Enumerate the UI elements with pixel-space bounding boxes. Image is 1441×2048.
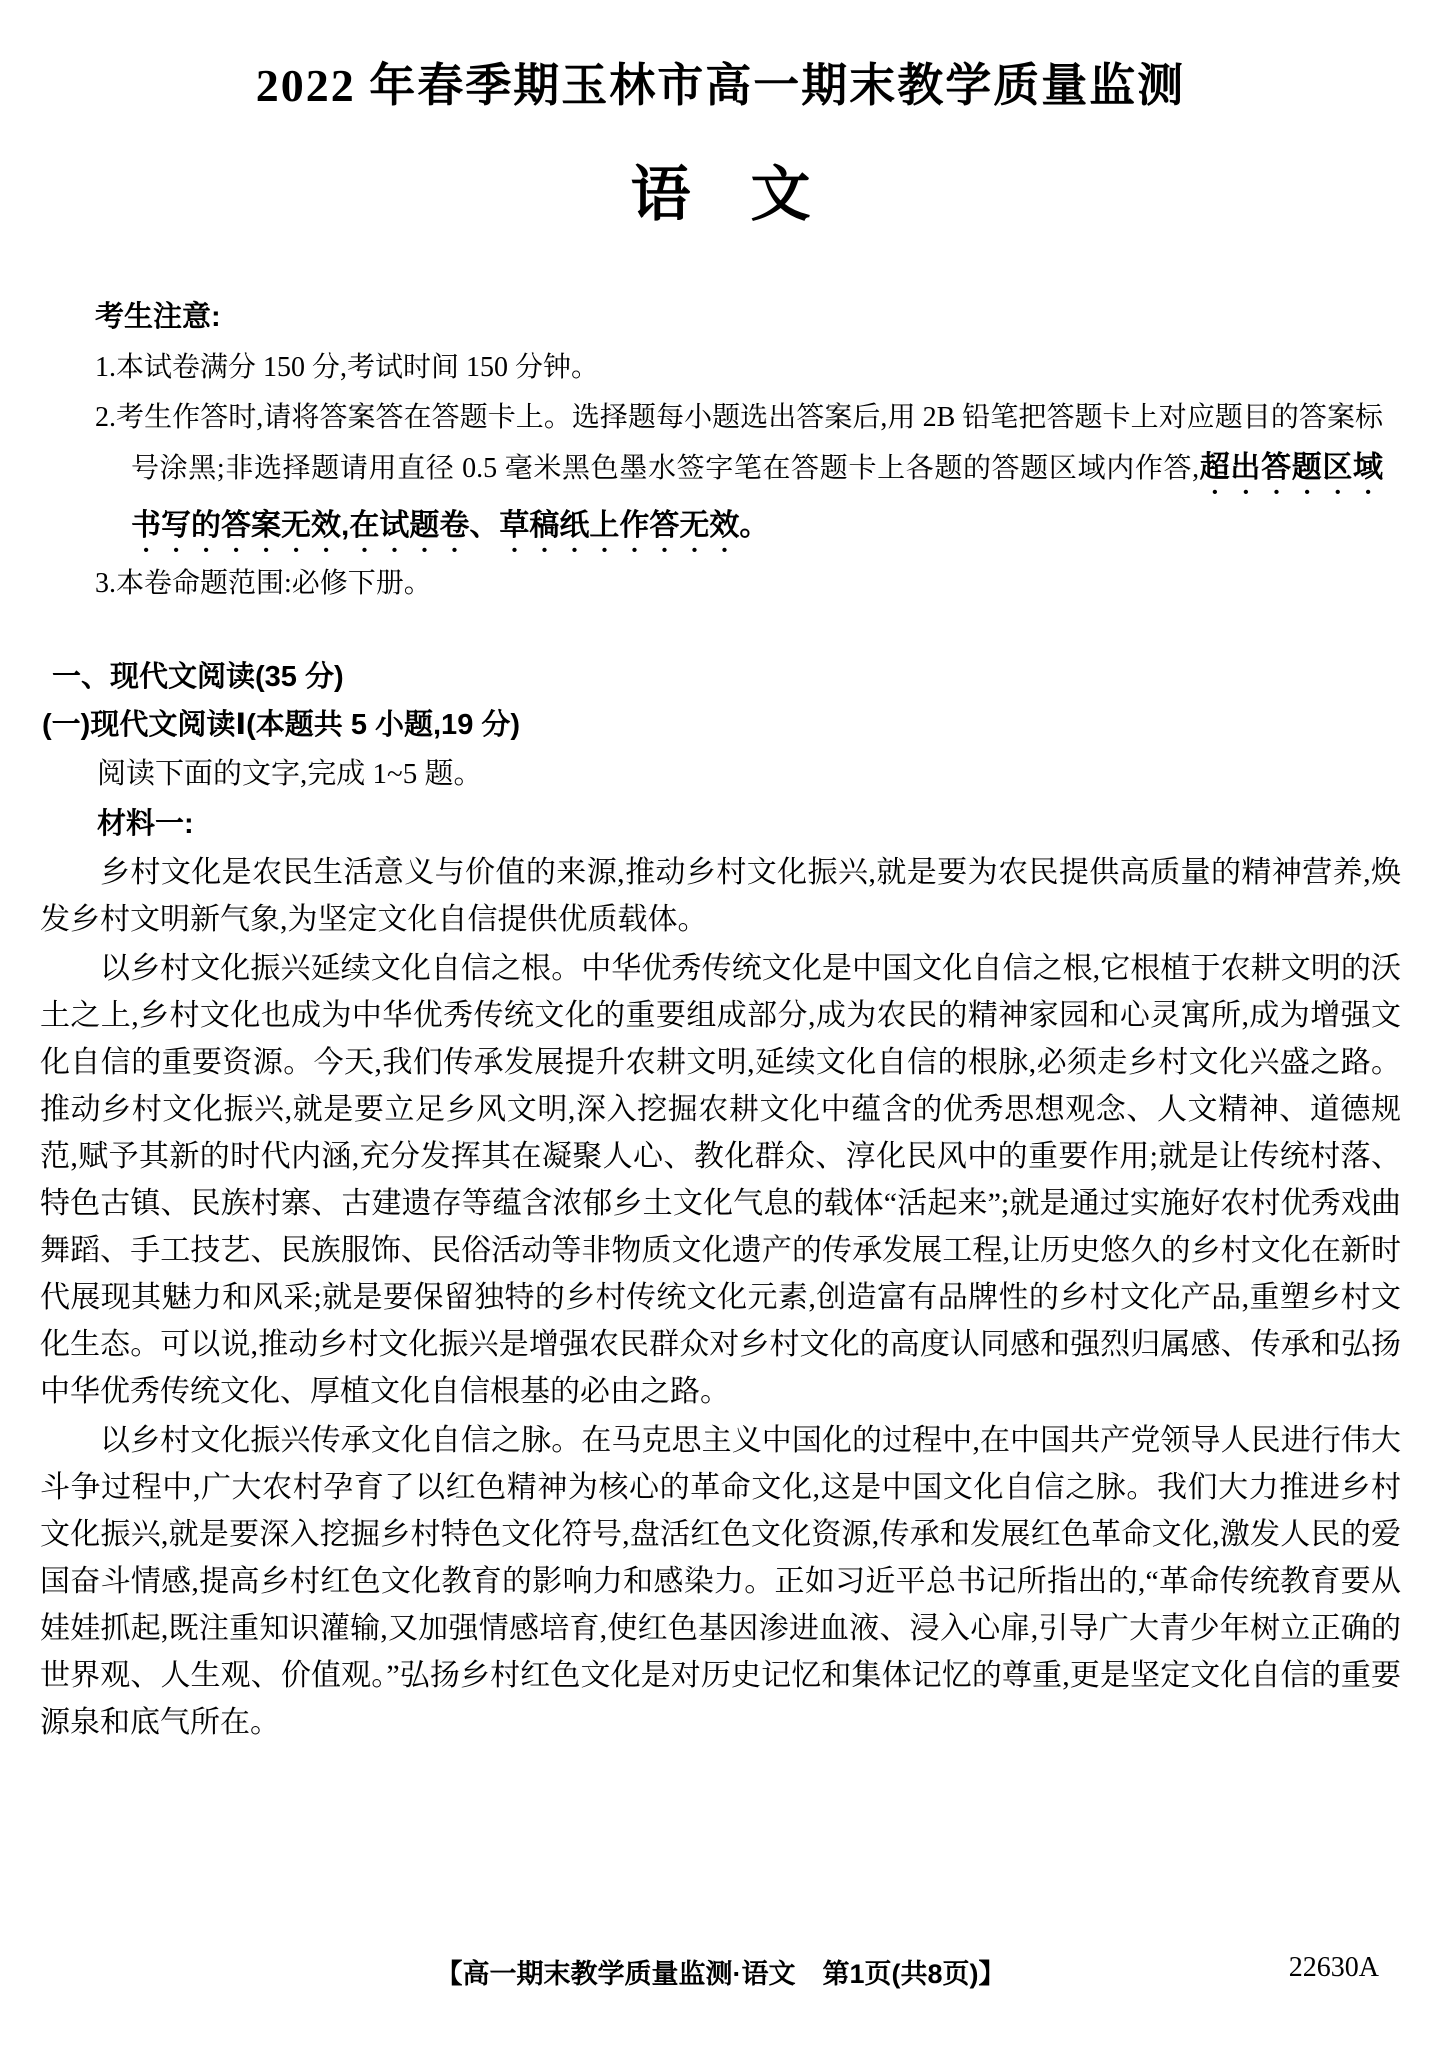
material-paragraph-1: 乡村文化是农民生活意义与价值的来源,推动乡村文化振兴,就是要为农民提供高质量的精… (40, 849, 1401, 943)
notice-item-3: 3.本卷命题范围:必修下册。 (95, 559, 1383, 609)
material-paragraph-2: 以乡村文化振兴延续文化自信之根。中华优秀传统文化是中国文化自信之根,它根植于农耕… (40, 945, 1401, 1415)
paper-code: 22630A (1289, 1952, 1379, 1984)
section-heading-modern-reading: 一、现代文阅读(35 分) (52, 655, 1383, 699)
reading-instruction: 阅读下面的文字,完成 1~5 题。 (97, 751, 1383, 797)
footer-caption: 【高一期末教学质量监测·语文 第1页(共8页)】 (0, 1952, 1441, 1991)
notice-heading: 考生注意: (95, 294, 1383, 335)
subject-title: 语 文 (0, 162, 1441, 228)
exam-page: 2022 年春季期玉林市高一期末教学质量监测 语 文 考生注意: 1.本试卷满分… (0, 0, 1441, 2048)
exam-title: 2022 年春季期玉林市高一期末教学质量监测 (60, 56, 1381, 116)
page-footer: 【高一期末教学质量监测·语文 第1页(共8页)】 22630A (0, 1952, 1441, 1992)
material-1-label: 材料一: (97, 801, 1383, 847)
notice-item-2: 2.考生作答时,请将答案答在答题卡上。选择题每小题选出答案后,用 2B 铅笔把答… (95, 393, 1383, 559)
notice-item-2-text: 2.考生作答时,请将答案答在答题卡上。选择题每小题选出答案后,用 2B 铅笔把答… (95, 402, 1383, 484)
notice-item-1: 1.本试卷满分 150 分,考试时间 150 分钟。 (95, 343, 1383, 393)
notice-section: 考生注意: 1.本试卷满分 150 分,考试时间 150 分钟。 2.考生作答时… (95, 294, 1383, 609)
material-paragraph-3: 以乡村文化振兴传承文化自信之脉。在马克思主义中国化的过程中,在中国共产党领导人民… (40, 1417, 1401, 1746)
subsection-heading-reading-1: (一)现代文阅读Ⅰ(本题共 5 小题,19 分) (42, 703, 1383, 747)
